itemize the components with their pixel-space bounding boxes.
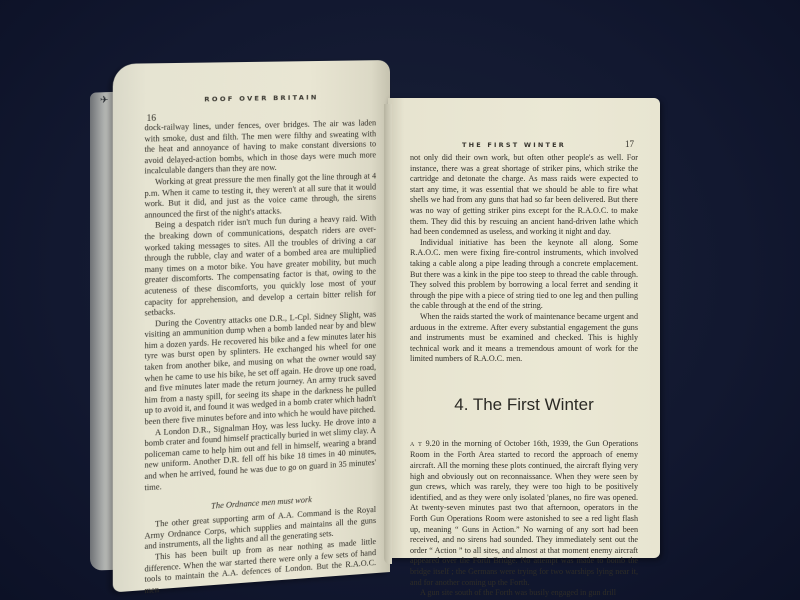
paragraph: During the Coventry attacks one D.R., L-… bbox=[144, 309, 376, 428]
paragraph: A London D.R., Signalman Hoy, was less l… bbox=[144, 415, 376, 493]
drop-lead: A T bbox=[410, 442, 423, 448]
right-header: THE FIRST WINTER 17 bbox=[410, 141, 638, 153]
right-page-number: 17 bbox=[625, 139, 634, 149]
left-body: dock-railway lines, under fences, over b… bbox=[144, 118, 376, 596]
left-page: ROOF OVER BRITAIN 16 dock-railway lines,… bbox=[113, 60, 390, 592]
paragraph: Individual initiative has been the keyno… bbox=[410, 238, 638, 312]
chapter-title: 4. The First Winter bbox=[410, 395, 638, 415]
paragraph: not only did their own work, but often o… bbox=[410, 153, 638, 238]
left-running-head: ROOF OVER BRITAIN bbox=[144, 92, 376, 104]
chapter-paragraph-text: 9.20 in the morning of October 16th, 193… bbox=[410, 439, 638, 587]
right-page: THE FIRST WINTER 17 not only did their o… bbox=[388, 98, 660, 558]
chapter-opening-paragraph: A T 9.20 in the morning of October 16th,… bbox=[410, 439, 638, 588]
left-page-content: ROOF OVER BRITAIN 16 dock-railway lines,… bbox=[144, 90, 376, 596]
paragraph: A gun site south of the Forth was busily… bbox=[410, 588, 638, 599]
right-page-content: THE FIRST WINTER 17 not only did their o… bbox=[410, 141, 638, 599]
right-running-head: THE FIRST WINTER bbox=[430, 141, 598, 149]
paragraph: Working at great pressure the men finall… bbox=[144, 171, 376, 221]
paragraph: Being a despatch rider isn't much fun du… bbox=[144, 214, 376, 319]
left-page-number: 16 bbox=[147, 113, 156, 123]
paragraph: dock-railway lines, under fences, over b… bbox=[144, 118, 376, 177]
paragraph: When the raids started the work of maint… bbox=[410, 312, 638, 365]
